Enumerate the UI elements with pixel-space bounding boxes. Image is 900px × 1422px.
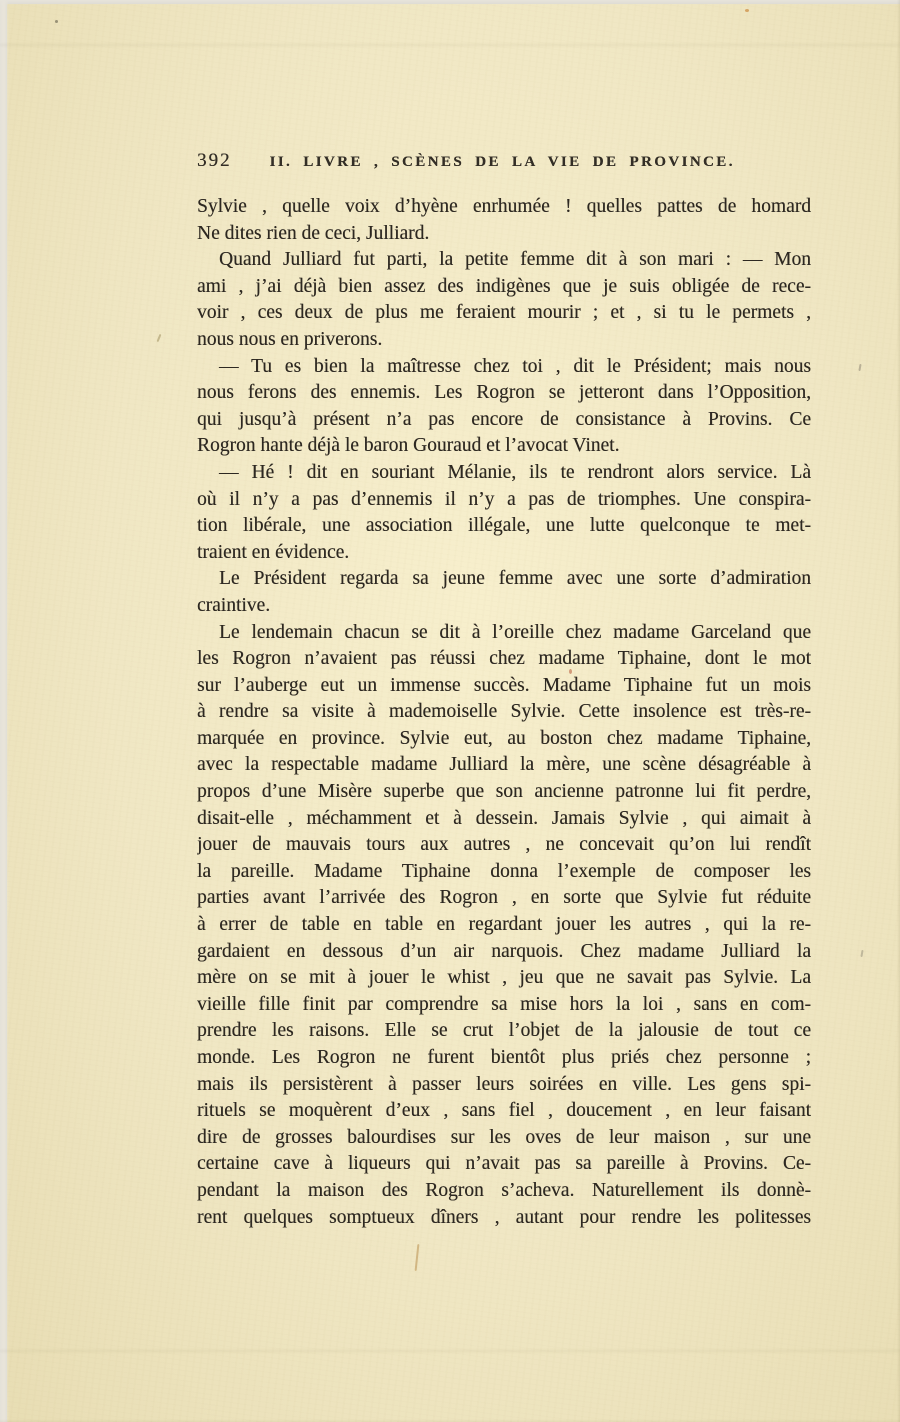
- text-line: Rogron hante déjà le baron Gouraud et l’…: [197, 433, 811, 460]
- text-line: craintive.: [197, 593, 811, 620]
- text-line: prendre les raisons. Elle se crut l’obje…: [197, 1018, 811, 1045]
- text-line: à errer de table en table en regardant j…: [197, 912, 811, 939]
- running-title: II. LIVRE , SCÈNES DE LA VIE DE PROVINCE…: [270, 154, 735, 171]
- text-line: marquée en province. Sylvie eut, au bost…: [197, 726, 811, 753]
- text-line: certaine cave à liqueurs qui n’avait pas…: [197, 1151, 811, 1178]
- text-line: mère on se mit à jouer le whist , jeu qu…: [197, 965, 811, 992]
- text-line: traient en évidence.: [197, 540, 811, 567]
- page-number: 392: [197, 150, 232, 172]
- text-line: qui jusqu’à présent n’a pas encore de co…: [197, 407, 811, 434]
- text-line: Le Président regarda sa jeune femme avec…: [197, 566, 811, 593]
- text-line: les Rogron n’avaient pas réussi chez mad…: [197, 646, 811, 673]
- text-line: Quand Julliard fut parti, la petite femm…: [197, 247, 811, 274]
- scan-speck: [745, 9, 749, 12]
- text-line: — Tu es bien la maîtresse chez toi , dit…: [197, 354, 811, 381]
- scan-speck: [569, 669, 572, 674]
- text-line: rent quelques somptueux dîners , autant …: [197, 1205, 811, 1232]
- page-header: 392 II. LIVRE , SCÈNES DE LA VIE DE PROV…: [197, 150, 813, 172]
- text-line: où il n’y a pas d’ennemis il n’y a pas d…: [197, 487, 811, 514]
- text-line: monde. Les Rogron ne furent bientôt plus…: [197, 1045, 811, 1072]
- text-line: sur l’auberge eut un immense succès. Mad…: [197, 673, 811, 700]
- text-line: avec la respectable madame Julliard la m…: [197, 752, 811, 779]
- text-line: nous nous en priverons.: [197, 327, 811, 354]
- paper-crease: [0, 44, 900, 46]
- text-line: Sylvie , quelle voix d’hyène enrhumée ! …: [197, 194, 811, 221]
- text-line: vieille fille finit par comprendre sa mi…: [197, 992, 811, 1019]
- text-line: mais ils persistèrent à passer leurs soi…: [197, 1072, 811, 1099]
- text-line: Ne dites rien de ceci, Julliard.: [197, 221, 811, 248]
- text-line: gardaient en dessous d’un air narquois. …: [197, 939, 811, 966]
- text-line: rituels se moquèrent d’eux , sans fiel ,…: [197, 1098, 811, 1125]
- text-line: voir , ces deux de plus me feraient mour…: [197, 300, 811, 327]
- text-line: Le lendemain chacun se dit à l’oreille c…: [197, 620, 811, 647]
- scan-edge-top: [0, 0, 900, 5]
- text-line: propos d’une Misère superbe que son anci…: [197, 779, 811, 806]
- text-line: — Hé ! dit en souriant Mélanie, ils te r…: [197, 460, 811, 487]
- text-line: dire de grosses balourdises sur les oves…: [197, 1125, 811, 1152]
- text-line: nous ferons des ennemis. Les Rogron se j…: [197, 380, 811, 407]
- text-line: pendant la maison des Rogron s’acheva. N…: [197, 1178, 811, 1205]
- text-line: ami , j’ai déjà bien assez des indigènes…: [197, 274, 811, 301]
- scan-speck: [55, 20, 58, 23]
- text-line: la pareille. Madame Tiphaine donna l’exe…: [197, 859, 811, 886]
- text-line: jouer de mauvais tours aux autres , ne c…: [197, 832, 811, 859]
- text-line: disait-elle , méchamment et à dessein. J…: [197, 806, 811, 833]
- scan-edge-left: [0, 0, 9, 1422]
- text-line: à rendre sa visite à mademoiselle Sylvie…: [197, 699, 811, 726]
- text-line: parties avant l’arrivée des Rogron , en …: [197, 885, 811, 912]
- paper-crease: [0, 1350, 900, 1352]
- text-line: tion libérale, une association illégale,…: [197, 513, 811, 540]
- scanned-book-page: 392 II. LIVRE , SCÈNES DE LA VIE DE PROV…: [0, 0, 900, 1422]
- page-text: Sylvie , quelle voix d’hyène enrhumée ! …: [197, 194, 811, 1231]
